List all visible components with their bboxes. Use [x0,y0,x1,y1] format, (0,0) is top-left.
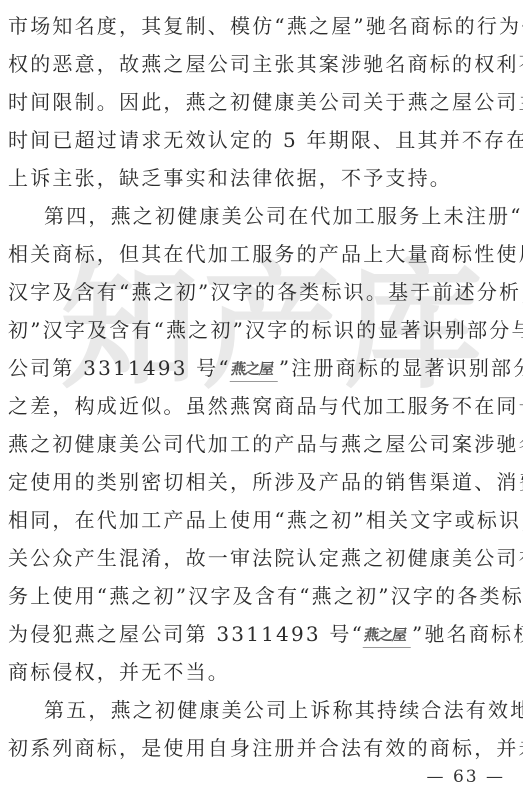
text-line: 相关商标，但其在代加工服务的产品上大量商标性使用“燕之初” [8,242,508,266]
text-line: 务上使用“燕之初”汉字及含有“燕之初”汉字的各类标识的行 [8,584,508,608]
paragraph-start-line: 第四，燕之初健康美公司在代加工服务上未注册“燕之初” [44,204,523,228]
text-line: 权的恶意，故燕之屋公司主张其案涉驰名商标的权利不受五年的 [8,52,508,76]
text-line: 商标侵权，并无不当。 [8,660,508,684]
trademark-logo-image: 燕之屋 [363,623,414,648]
paragraph-start-line: 第五，燕之初健康美公司上诉称其持续合法有效地持有燕之 [44,698,523,722]
text-line: 燕之初健康美公司代加工的产品与燕之屋公司案涉驰名商标核 [8,432,508,456]
text-segment: 为侵犯燕之屋公司第 3311493 号“ [8,622,364,646]
text-line-with-logo: 公司第 3311493 号“燕之屋”注册商标的显著识别部分仅有一字 [8,356,508,380]
text-line: 定使用的类别密切相关，所涉及产品的销售渠道、消费群体基本 [8,470,508,494]
text-line: 市场知名度，其复制、模仿“燕之屋”驰名商标的行为体现其侵 [8,14,508,38]
trademark-logo-image: 燕之屋 [229,357,280,382]
text-line: 关公众产生混淆，故一审法院认定燕之初健康美公司在代加工服 [8,546,508,570]
text-line: 之差，构成近似。虽然燕窝商品与代加工服务不在同一类别，但 [8,394,508,418]
text-line: 时间限制。因此，燕之初健康美公司关于燕之屋公司主张权利的 [8,90,508,114]
text-line-with-logo: 为侵犯燕之屋公司第 3311493 号“燕之屋”驰名商标权益，构成 [8,622,508,646]
text-line: 上诉主张，缺乏事实和法律依据，不予支持。 [8,166,508,190]
page-number: — 63 — [427,767,505,787]
text-line: 时间已超过请求无效认定的 5 年期限、且其并不存在恶意注册的 [8,128,508,152]
text-segment: ”驰名商标权益，构成 [412,622,523,646]
text-line: 初”汉字及含有“燕之初”汉字的标识的显著识别部分与燕之屋 [8,318,508,342]
text-line: 汉字及含有“燕之初”汉字的各类标识。基于前述分析，“燕之 [8,280,508,304]
text-line: 相同，在代加工产品上使用“燕之初”相关文字或标识，易使相 [8,508,508,532]
text-line: 初系列商标，是使用自身注册并合法有效的商标，并未“擅自使 [8,736,508,760]
text-segment: ”注册商标的显著识别部分仅有一字 [279,356,523,380]
text-segment: 公司第 3311493 号“ [8,356,231,380]
